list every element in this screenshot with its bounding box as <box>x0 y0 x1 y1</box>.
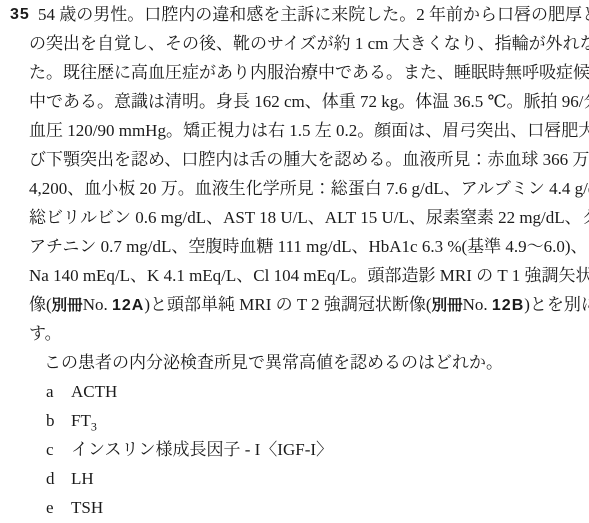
option-label-subscript: 3 <box>91 419 97 433</box>
option-letter: b <box>46 406 71 435</box>
figure-ref-12a: 12A <box>112 297 144 314</box>
mri-reference-line: 像(別冊No. 12A)と頭部単純 MRI の T 2 強調冠状断像(別冊No.… <box>29 290 578 319</box>
mri-line-text: )と頭部単純 MRI の T 2 強調冠状断像( <box>144 295 431 314</box>
mri-line-text: 像( <box>29 295 52 314</box>
option-label: インスリン様成長因子 - I〈IGF-I〉 <box>71 440 333 459</box>
question-number: 35 <box>10 0 30 29</box>
body-line: 4,200、血小板 20 万。血液生化学所見：総蛋白 7.6 g/dL、アルブミ… <box>29 174 578 203</box>
mri-line-text: )とを別に示 <box>524 295 589 314</box>
body-line: の突出を自覚し、その後、靴のサイズが約 1 cm 大きくなり、指輪が外れなくなっ <box>29 29 578 58</box>
bessatsu-label: 別冊 <box>52 297 83 314</box>
body-line: 35 54 歳の男性。口腔内の違和感を主訴に来院した。2 年前から口唇の肥厚と下… <box>29 0 578 29</box>
exam-question-page: 35 54 歳の男性。口腔内の違和感を主訴に来院した。2 年前から口唇の肥厚と下… <box>0 0 589 523</box>
option-label: TSH <box>71 498 103 517</box>
body-line: び下顎突出を認め、口腔内は舌の腫大を認める。血液所見：赤血球 366 万、白血球 <box>29 145 578 174</box>
option-label: ACTH <box>71 382 117 401</box>
option-row-a: aACTH <box>29 377 578 406</box>
option-row-b: bFT3 <box>29 406 578 435</box>
options-list: aACTH bFT3 cインスリン様成長因子 - I〈IGF-I〉 dLH eT… <box>29 377 578 522</box>
question-body: 35 54 歳の男性。口腔内の違和感を主訴に来院した。2 年前から口唇の肥厚と下… <box>29 0 578 522</box>
mri-line-text: No. <box>83 295 112 314</box>
option-row-c: cインスリン様成長因子 - I〈IGF-I〉 <box>29 435 578 464</box>
body-line-text: 54 歳の男性。口腔内の違和感を主訴に来院した。2 年前から口唇の肥厚と下顎 <box>38 5 589 24</box>
body-line: アチニン 0.7 mg/dL、空腹時血糖 111 mg/dL、HbA1c 6.3… <box>29 232 578 261</box>
option-letter: c <box>46 435 71 464</box>
option-label: FT <box>71 411 91 430</box>
bessatsu-label: 別冊 <box>432 297 463 314</box>
body-line: Na 140 mEq/L、K 4.1 mEq/L、Cl 104 mEq/L。頭部… <box>29 261 578 290</box>
body-line: た。既往歴に高血圧症があり内服治療中である。また、睡眠時無呼吸症候群で通院 <box>29 58 578 87</box>
option-row-e: eTSH <box>29 493 578 522</box>
body-line: 総ビリルビン 0.6 mg/dL、AST 18 U/L、ALT 15 U/L、尿… <box>29 203 578 232</box>
option-row-d: dLH <box>29 464 578 493</box>
question-prompt: この患者の内分泌検査所見で異常高値を認めるのはどれか。 <box>29 348 578 377</box>
mri-line-text: No. <box>463 295 492 314</box>
body-line: 血圧 120/90 mmHg。矯正視力は右 1.5 左 0.2。顔面は、眉弓突出… <box>29 116 578 145</box>
option-label: LH <box>71 469 94 488</box>
body-line: 中である。意識は清明。身長 162 cm、体重 72 kg。体温 36.5 ℃。… <box>29 87 578 116</box>
figure-ref-12b: 12B <box>492 297 524 314</box>
option-letter: d <box>46 464 71 493</box>
option-letter: a <box>46 377 71 406</box>
body-line: す。 <box>29 319 578 348</box>
option-letter: e <box>46 493 71 522</box>
